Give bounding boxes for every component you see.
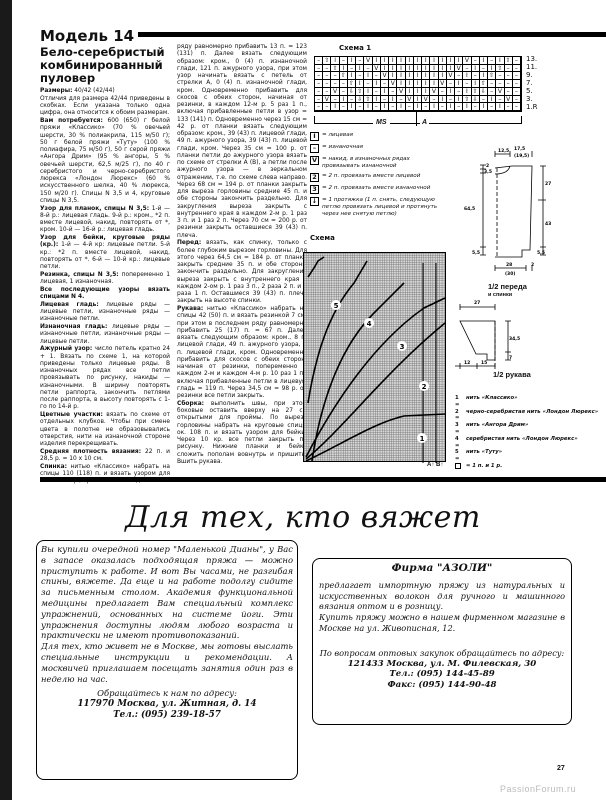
yarn-legend-text: нить «Классико» <box>466 395 518 409</box>
instruction-paragraph: Средняя плотность вязания: 22 п. и 28,5 … <box>40 449 170 464</box>
svg-text:2: 2 <box>422 383 427 391</box>
yarn-number: 3 = <box>455 422 464 436</box>
stitch-cell: I <box>364 103 372 111</box>
stitch-cell: I <box>356 65 364 73</box>
stitch-cell: V <box>389 80 397 88</box>
stitch-cell: – <box>323 72 331 80</box>
stitch-symbol-icon: I <box>310 132 319 141</box>
yarn-legend-item: 1 =нить «Классико» <box>455 395 605 409</box>
stitch-cell: – <box>356 72 364 80</box>
stitch-cell: I <box>422 72 430 80</box>
stitch-cell: – <box>331 72 339 80</box>
stitch-cell: – <box>323 88 331 96</box>
page-number: 27 <box>557 765 565 772</box>
stitch-cell: – <box>315 88 323 96</box>
svg-text:(30): (30) <box>505 271 515 277</box>
stitch-cell: V <box>364 57 372 65</box>
svg-text:27: 27 <box>474 300 480 306</box>
stitch-cell: – <box>505 65 513 73</box>
stitch-cell: I <box>331 103 339 111</box>
instruction-text: Отличия для размера 42/44 приведены в ск… <box>40 96 170 117</box>
instruction-label: Вам потребуется: <box>40 118 103 124</box>
stitch-cell: I <box>480 72 488 80</box>
stitch-cell: – <box>488 88 496 96</box>
body-label-sub: и спинки <box>488 291 527 299</box>
stitch-symbol-icon: – <box>310 144 319 153</box>
header-rule <box>96 32 606 37</box>
ad-azoli-firm: Фирма "АЗОЛИ" предлагает импортную пряжу… <box>312 558 572 725</box>
stitch-cell: – <box>513 88 521 96</box>
arrow-a-label: A <box>420 119 429 126</box>
stitch-cell: – <box>463 65 471 73</box>
stitch-cell: – <box>455 72 463 80</box>
instruction-paragraph: Размеры: 40/42 (42/44) <box>40 88 170 95</box>
instruction-paragraph: Рукава: нитью «Классико» набрать на спиц… <box>177 306 307 400</box>
stitch-cell: – <box>513 65 521 73</box>
stitch-cell: I <box>439 57 447 65</box>
stitch-cell: – <box>356 103 364 111</box>
stitch-cell: ⇧ <box>488 72 496 80</box>
stitch-cell: I <box>397 65 405 73</box>
stitch-cell: I <box>397 72 405 80</box>
svg-text:43: 43 <box>545 221 551 227</box>
stitch-cell: I <box>430 65 438 73</box>
stitch-cell: ⇧ <box>480 80 488 88</box>
svg-text:4: 4 <box>367 320 372 328</box>
stitch-cell: – <box>430 96 438 104</box>
stitch-cell: ⇧ <box>364 96 372 104</box>
ad-right-contact-intro: По вопросам оптовых закупок обращайтесь … <box>319 648 565 659</box>
yarn-legend-item: 3 =нить «Ангора Дрим» <box>455 422 605 436</box>
legend-text: = 1 протяжка (1 п. снять, следующую петл… <box>322 197 445 218</box>
stitch-cell: ⇧ <box>356 88 364 96</box>
stitch-cell: – <box>315 103 323 111</box>
instruction-paragraph: Лицевая гладь: лицевые ряды — лицевые пе… <box>40 302 170 324</box>
yarn-legend-text: серебристая нить «Лондон Люрекс» <box>466 436 578 450</box>
color-zone-chart: 1 2 3 4 5 <box>303 252 446 462</box>
legend-text: = изнаночная <box>322 144 363 153</box>
instructions-column-2: ряду равномерно прибавить 13 п. = 123 (1… <box>177 44 307 467</box>
stitch-cell: I <box>406 80 414 88</box>
instruction-paragraph: Изнаночная гладь: лицевые ряды — изнаноч… <box>40 324 170 346</box>
stitch-cell: – <box>513 103 521 111</box>
stitch-cell: – <box>447 80 455 88</box>
stitch-cell: – <box>381 96 389 104</box>
stitch-cell: I <box>422 65 430 73</box>
stitch-cell: I <box>414 103 422 111</box>
stitch-symbol-icon: 2 <box>310 173 319 182</box>
svg-text:64,5: 64,5 <box>464 206 475 212</box>
stitch-cell: I <box>430 80 438 88</box>
stitch-cell: V <box>505 96 513 104</box>
row-label: 3. <box>526 95 538 103</box>
stitch-cell: – <box>513 57 521 65</box>
stitch-cell: V <box>381 72 389 80</box>
instructions-column-1: Размеры: 40/42 (42/44)Отличия для размер… <box>40 88 170 486</box>
ms-label: MS <box>373 119 390 126</box>
stitch-cell: I <box>356 80 364 88</box>
stitch-cell: I <box>447 88 455 96</box>
stitch-cell: I <box>447 65 455 73</box>
instruction-paragraph: Сборка: выполнить швы, при этом боковые … <box>177 401 307 466</box>
yarn-legend: 1 =нить «Классико»2 =черно-серебристая н… <box>455 395 605 470</box>
stitch-cell: ⇧ <box>463 96 471 104</box>
stitch-cell: – <box>323 65 331 73</box>
ad-left-address-block: Обращайтесь к нам по адресу: 117970 Моск… <box>41 688 293 720</box>
stitch-cell: I <box>430 103 438 111</box>
instruction-label: Спинка: <box>40 464 67 470</box>
ad-left-paragraph-1: Вы купили очередной номер "Маленькой Диа… <box>41 544 293 641</box>
stitch-cell: – <box>381 80 389 88</box>
stitch-cell: I <box>447 103 455 111</box>
stitch-cell: – <box>496 96 504 104</box>
instruction-paragraph: ряду равномерно прибавить 13 п. = 123 (1… <box>177 44 307 240</box>
stitch-cell: I <box>381 103 389 111</box>
stitch-cell: I <box>439 96 447 104</box>
stitch-cell: I <box>406 57 414 65</box>
arrow-a-icon <box>416 112 417 126</box>
yarn-legend-item: 2 =черно-серебристая нить «Лондон Люрекс… <box>455 409 605 423</box>
model-subtitle: Бело-серебристый комбинированный пуловер <box>40 46 170 85</box>
stitch-cell: ⇧ <box>505 57 513 65</box>
schema1-row-labels: 13.11.9.7.5.3.1.R <box>526 55 538 111</box>
stitch-cell: – <box>513 80 521 88</box>
stitch-cell: – <box>340 88 348 96</box>
stitch-cell: V <box>373 65 381 73</box>
stitch-cell: – <box>496 80 504 88</box>
instruction-paragraph: Ажурный узор: число петель кратно 24 + 1… <box>40 346 170 411</box>
yarn-number: 2 = <box>455 409 464 423</box>
stitch-cell: I <box>381 65 389 73</box>
stitch-cell: I <box>406 88 414 96</box>
watermark: PassionForum.ru <box>500 784 576 794</box>
schema2-title: Схема <box>310 234 335 242</box>
yarn-legend-item: 4 =серебристая нить «Лондон Люрекс» <box>455 436 605 450</box>
legend-item: 2= 2 п. провязать вместе лицевой <box>310 173 445 182</box>
stitch-cell: – <box>373 88 381 96</box>
stitch-cell: V <box>463 57 471 65</box>
stitch-cell: – <box>472 57 480 65</box>
legend-item: V= накид, в изнаночных рядах провязывать… <box>310 156 445 170</box>
ad-right-paragraph-1: предлагает импортную пряжу из натуральны… <box>319 580 565 612</box>
yarn-legend-item: = 1 п. и 1 р. <box>455 463 605 470</box>
stitch-cell: V <box>439 80 447 88</box>
stitch-cell: – <box>455 103 463 111</box>
legend-text: = накид, в изнаночных рядах провязывать … <box>322 156 445 170</box>
schema2-arrow-labels: A↑ B↑ <box>427 462 443 468</box>
page-binding-edge <box>0 0 12 800</box>
stitch-cell: I <box>422 57 430 65</box>
stitch-cell: I <box>414 65 422 73</box>
yarn-legend-text: нить «Ангора Дрим» <box>466 422 528 436</box>
svg-text:(19,5): (19,5) <box>514 153 529 159</box>
stitch-cell: I <box>414 80 422 88</box>
stitch-cell: I <box>397 103 405 111</box>
yarn-legend-text: черно-серебристая нить «Лондон Люрекс» <box>466 409 598 423</box>
stitch-cell: – <box>389 103 397 111</box>
stitch-cell: I <box>455 96 463 104</box>
stitch-cell: I <box>331 57 339 65</box>
row-label: 9. <box>526 71 538 79</box>
stitch-cell: – <box>439 88 447 96</box>
stitch-cell: – <box>315 80 323 88</box>
yarn-number: 5 = <box>455 449 464 463</box>
row-label: 1.R <box>526 103 538 111</box>
stitch-cell: – <box>439 103 447 111</box>
ad-right-fax: Факс: (095) 144-90-48 <box>319 680 565 691</box>
ad-left-address: 117970 Москва, ул. Житная, д. 14 <box>41 699 293 710</box>
stitch-cell: V <box>331 88 339 96</box>
yarn-number: 1 = <box>455 395 464 409</box>
stitch-cell: I <box>463 88 471 96</box>
yarn-legend-text: = 1 п. и 1 р. <box>466 463 502 470</box>
stitch-cell: V <box>447 72 455 80</box>
stitch-cell: – <box>505 88 513 96</box>
stitch-cell: I <box>373 80 381 88</box>
instruction-paragraph: Перед: вязать, как спинку, только с боле… <box>177 240 307 305</box>
stitch-cell: – <box>340 80 348 88</box>
legend-item: I= лицевая <box>310 132 445 141</box>
stitch-cell: – <box>348 65 356 73</box>
stitch-cell: I <box>340 96 348 104</box>
stitch-cell: I <box>381 88 389 96</box>
stitch-cell: – <box>389 88 397 96</box>
color-zone-lines: 1 2 3 4 5 <box>304 253 447 463</box>
stitch-cell: V <box>496 88 504 96</box>
stitch-cell: V <box>455 65 463 73</box>
svg-text:17,5: 17,5 <box>514 146 525 152</box>
svg-text:3,5: 3,5 <box>484 169 492 175</box>
repeat-bracket <box>314 116 522 124</box>
stitch-cell: I <box>389 57 397 65</box>
ad-right-firm-name: Фирма "АЗОЛИ" <box>319 563 565 574</box>
stitch-cell: I <box>406 65 414 73</box>
schema1-title: Схема 1 <box>339 44 371 52</box>
stitch-cell: I <box>430 57 438 65</box>
stitch-cell: I <box>463 72 471 80</box>
stitch-cell: ⇧ <box>472 88 480 96</box>
ad-yoga-academy: Вы купили очередной номер "Маленькой Диа… <box>36 540 298 780</box>
stitch-cell: I <box>439 65 447 73</box>
stitch-cell: – <box>505 80 513 88</box>
stitch-cell: I <box>389 96 397 104</box>
stitch-cell: – <box>340 103 348 111</box>
stitch-cell: – <box>455 88 463 96</box>
stitch-symbol-icon: V <box>310 156 319 165</box>
stitch-cell: I <box>381 57 389 65</box>
instruction-label: Изнаночная гладь: <box>40 324 107 330</box>
ad-left-address-intro: Обращайтесь к нам по адресу: <box>41 688 293 699</box>
stitch-cell: I <box>414 96 422 104</box>
svg-text:3: 3 <box>400 343 405 351</box>
stitch-cell: ⇧ <box>323 57 331 65</box>
stitch-cell: ⇧ <box>496 65 504 73</box>
ad-right-contacts: По вопросам оптовых закупок обращайтесь … <box>319 648 565 691</box>
svg-text:15: 15 <box>481 360 487 366</box>
stitch-cell: I <box>488 96 496 104</box>
stitch-cell: I <box>373 57 381 65</box>
stitch-cell: I <box>389 65 397 73</box>
legend-item: –= изнаночная <box>310 144 445 153</box>
stitch-cell: I <box>364 72 372 80</box>
stitch-cell: – <box>331 80 339 88</box>
stitch-cell: – <box>488 57 496 65</box>
legend-text: = 2 п. провязать вместе лицевой <box>322 173 420 182</box>
svg-text:2: 2 <box>531 262 534 268</box>
grid-square-icon <box>455 463 464 470</box>
stitch-cell: I <box>348 103 356 111</box>
instruction-label: Резинка, спицы N 3,5: <box>40 272 119 278</box>
yarn-legend-item: 5 =нить «Туту» <box>455 449 605 463</box>
stitch-cell: – <box>340 57 348 65</box>
stitch-cell: I <box>414 88 422 96</box>
stitch-cell: I <box>397 57 405 65</box>
svg-text:1: 1 <box>420 435 425 443</box>
stitch-cell: – <box>364 80 372 88</box>
instruction-label: Сборка: <box>177 401 204 407</box>
instruction-paragraph: Спинка: нитью «Классико» набрать на спиц… <box>40 464 170 486</box>
row-label: 11. <box>526 63 538 71</box>
instruction-text: нитью «Классико» набрать на спицы 42 (50… <box>177 306 307 399</box>
stitch-cell: I <box>439 72 447 80</box>
stitch-cell: – <box>488 103 496 111</box>
stitch-cell: – <box>348 96 356 104</box>
stitch-cell: – <box>373 103 381 111</box>
instruction-text: ряду равномерно прибавить 13 п. = 123 (1… <box>177 44 307 239</box>
stitch-cell: – <box>447 96 455 104</box>
instruction-text: выполнить швы, при этом боковые оставить… <box>177 401 307 465</box>
instruction-text: 40/42 (42/44) <box>72 88 114 94</box>
instruction-label: Размеры: <box>40 88 72 94</box>
stitch-cell: – <box>315 65 323 73</box>
legend-item: 3= 2 п. провязать вместе изнаночной <box>310 185 445 194</box>
stitch-symbol-icon: ↓ <box>310 197 319 206</box>
legend-text: = 2 п. провязать вместе изнаночной <box>322 185 430 194</box>
stitch-cell: ⇧ <box>331 65 339 73</box>
legend-text: = лицевая <box>322 132 353 141</box>
instruction-label: Рукава: <box>177 306 203 312</box>
ad-right-paragraph-2: Купить пряжу можно в нашем фирменном маг… <box>319 612 565 634</box>
instruction-text: вязать, как спинку, только с более глубо… <box>177 240 307 304</box>
row-label: 5. <box>526 87 538 95</box>
instruction-paragraph: Отличия для размера 42/44 приведены в ск… <box>40 96 170 118</box>
instruction-paragraph: Узор для планок, спицы N 3,5: 1-й — 8-й … <box>40 206 170 235</box>
instruction-paragraph: Узор для бейки, круговые ряды (кр.): 1-й… <box>40 235 170 271</box>
symbol-legend: I= лицевая–= изнаночнаяV= накид, в изнан… <box>310 132 445 221</box>
stitch-cell: I <box>496 57 504 65</box>
stitch-cell: – <box>356 57 364 65</box>
stitch-cell: – <box>331 96 339 104</box>
stitch-cell: I <box>389 72 397 80</box>
stitch-cell: – <box>373 72 381 80</box>
stitch-cell: – <box>323 103 331 111</box>
stitch-cell: – <box>480 96 488 104</box>
body-label: 1/2 переда <box>488 282 527 291</box>
stitch-cell: – <box>472 103 480 111</box>
stitch-cell: ⇩ <box>480 88 488 96</box>
yarn-legend-text: нить «Туту» <box>466 449 502 463</box>
stitch-cell: I <box>414 57 422 65</box>
ad-right-phone: Тел.: (095) 144-45-89 <box>319 669 565 680</box>
instruction-label: Цветные участки: <box>40 412 103 418</box>
garment-pattern-diagram: 12,5 17,5 (19,5) 2 3,5 27 64,5 43 5,5 5,… <box>450 140 590 380</box>
instruction-label: Ажурный узор: <box>40 346 92 352</box>
stitch-symbol-icon: 3 <box>310 185 319 194</box>
stitch-cell: – <box>315 72 323 80</box>
svg-text:7: 7 <box>509 355 512 361</box>
stitch-cell: – <box>472 72 480 80</box>
model-title: Модель 14 <box>40 27 138 45</box>
stitch-cell: I <box>455 80 463 88</box>
stitch-cell: I <box>340 65 348 73</box>
stitch-cell: I <box>406 72 414 80</box>
stitch-cell: I <box>348 72 356 80</box>
stitch-cell: – <box>480 65 488 73</box>
stitch-cell: – <box>406 103 414 111</box>
stitch-cell: I <box>480 57 488 65</box>
stitch-cell: I <box>472 80 480 88</box>
instruction-text: 1-й — 4-й кр: лицевые петли. 5-й кр.: *2… <box>40 242 170 270</box>
instruction-label: Средняя плотность вязания: <box>40 449 141 455</box>
ad-left-paragraph-2: Для тех, кто живет не в Москве, мы готов… <box>41 641 293 684</box>
stitch-cell: – <box>505 72 513 80</box>
svg-text:5,5: 5,5 <box>537 250 545 256</box>
stitch-cell: I <box>488 65 496 73</box>
instruction-paragraph: Цветные участки: вязать по схеме от отде… <box>40 412 170 448</box>
stitch-cell: I <box>397 80 405 88</box>
stitch-cell: – <box>496 72 504 80</box>
stitch-cell: V <box>397 88 405 96</box>
legend-item: ↓= 1 протяжка (1 п. снять, следующую пет… <box>310 197 445 218</box>
stitch-cell: I <box>447 57 455 65</box>
stitch-cell: I <box>364 88 372 96</box>
stitch-cell: ⇧ <box>348 80 356 88</box>
svg-text:2: 2 <box>486 163 489 169</box>
svg-text:5,5: 5,5 <box>472 250 480 256</box>
stitch-cell: I <box>422 80 430 88</box>
stitch-cell: – <box>505 103 513 111</box>
stitch-cell: V <box>323 96 331 104</box>
stitch-cell: V <box>422 96 430 104</box>
stitch-cell: I <box>463 103 471 111</box>
stitch-cell: V <box>430 88 438 96</box>
instruction-paragraph: Все последующие узоры вязать спицами N 4… <box>40 287 170 302</box>
stitch-cell: – <box>323 80 331 88</box>
section-divider <box>40 477 606 482</box>
stitch-cell: ⇩ <box>472 96 480 104</box>
instruction-paragraph: Вам потребуется: 600 (650) г белой пряжи… <box>40 118 170 205</box>
svg-text:12,5: 12,5 <box>498 148 509 154</box>
instruction-label: Лицевая гладь: <box>40 302 99 308</box>
ad-right-address: 121433 Москва, ул. М. Филевская, 30 <box>319 659 565 670</box>
stitch-cell: I <box>414 72 422 80</box>
stitch-cell: I <box>480 103 488 111</box>
stitch-cell: I <box>430 72 438 80</box>
stitch-cell: I <box>373 96 381 104</box>
stitch-cell: – <box>422 103 430 111</box>
stitch-cell: V <box>406 96 414 104</box>
stitch-cell: I <box>496 103 504 111</box>
stitch-cell: – <box>463 80 471 88</box>
stitch-cell: – <box>315 96 323 104</box>
instruction-paragraph: Резинка, спицы N 3,5: попеременно 1 лице… <box>40 272 170 287</box>
stitch-cell: I <box>455 57 463 65</box>
stitch-cell: – <box>364 65 372 73</box>
instruction-text: число петель кратно 24 + 1. Вязать по сх… <box>40 346 170 410</box>
stitch-cell: – <box>315 57 323 65</box>
instruction-label: Все последующие узоры вязать спицами N 4… <box>40 287 170 300</box>
stitch-cell: ⇧ <box>340 72 348 80</box>
